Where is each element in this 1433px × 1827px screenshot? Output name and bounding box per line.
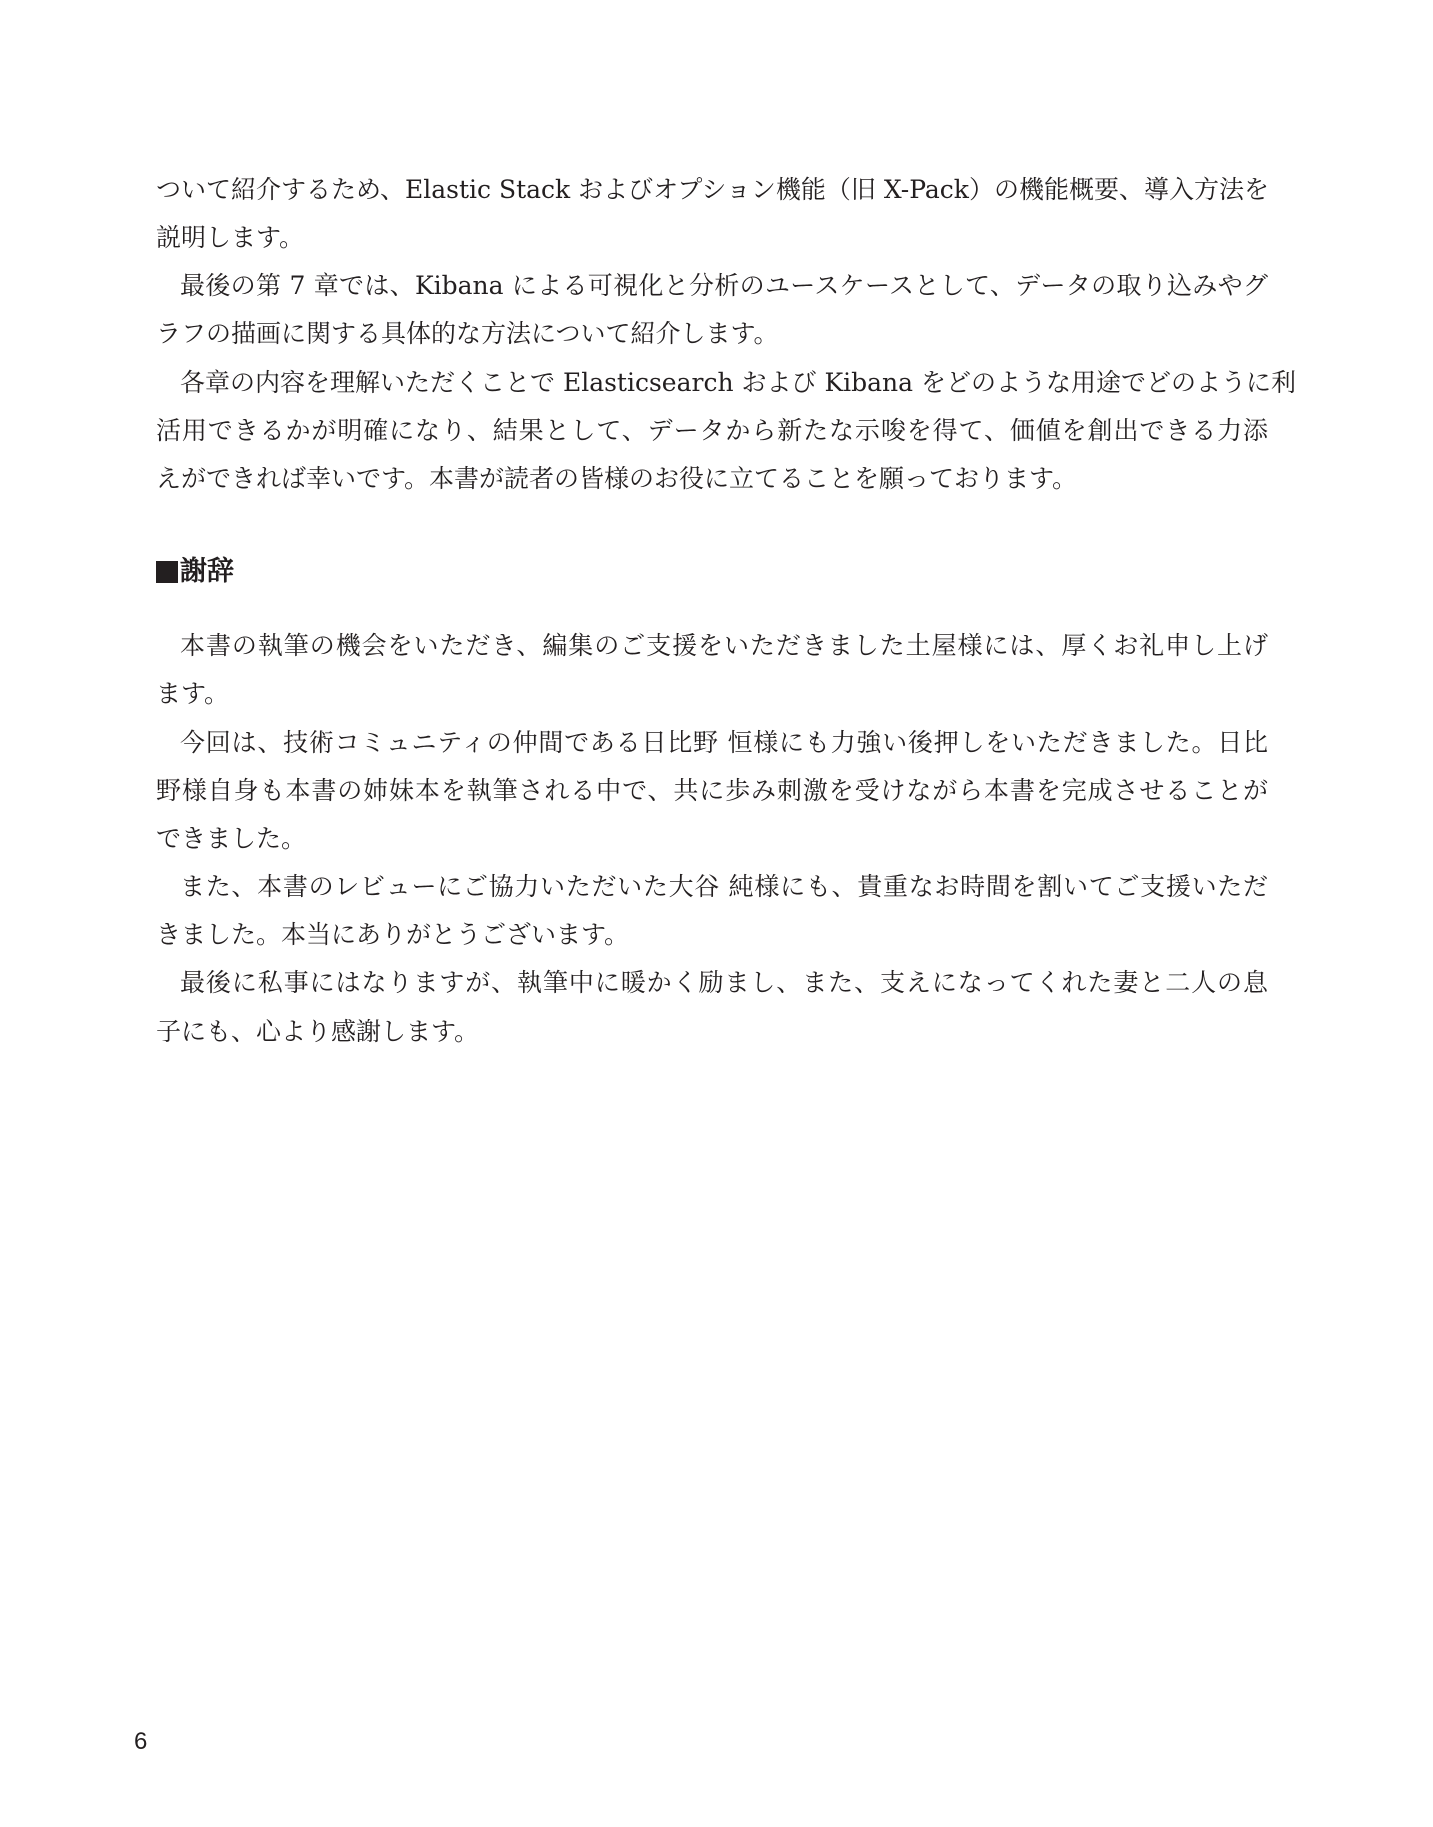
- ack-line-5: できました。: [156, 819, 1268, 859]
- ack-line-1: 本書の執筆の機会をいただき、編集のご支援をいただきました土屋様には、厚くお礼申し…: [156, 626, 1268, 666]
- ack-line-9: 子にも、心より感謝します。: [156, 1012, 1268, 1052]
- ack-line-3: 今回は、技術コミュニティの仲間である日比野 恒様にも力強い後押しをいただきました…: [156, 723, 1268, 763]
- intro-line-5: 各章の内容を理解いただくことで Elasticsearch および Kibana…: [156, 363, 1268, 403]
- intro-line-4: ラフの描画に関する具体的な方法について紹介します。: [156, 314, 1268, 354]
- square-bullet-icon: [156, 561, 178, 583]
- ack-line-8: 最後に私事にはなりますが、執筆中に暖かく励まし、また、支えになってくれた妻と二人…: [156, 963, 1268, 1003]
- book-page: ついて紹介するため、Elastic Stack およびオプション機能（旧 X-P…: [0, 0, 1433, 1827]
- intro-line-6: 活用できるかが明確になり、結果として、データから新たな示唆を得て、価値を創出でき…: [156, 411, 1268, 451]
- page-number: 6: [134, 1728, 147, 1756]
- section-heading-acknowledgments: 謝辞: [156, 552, 234, 592]
- heading-text: 謝辞: [180, 552, 234, 592]
- intro-line-1: ついて紹介するため、Elastic Stack およびオプション機能（旧 X-P…: [156, 170, 1268, 210]
- intro-line-3: 最後の第 7 章では、Kibana による可視化と分析のユースケースとして、デー…: [156, 266, 1268, 306]
- ack-line-6: また、本書のレビューにご協力いただいた大谷 純様にも、貴重なお時間を割いてご支援…: [156, 867, 1268, 907]
- ack-line-4: 野様自身も本書の姉妹本を執筆される中で、共に歩み刺激を受けながら本書を完成させる…: [156, 771, 1268, 811]
- intro-line-7: えができれば幸いです。本書が読者の皆様のお役に立てることを願っております。: [156, 459, 1268, 499]
- intro-line-2: 説明します。: [156, 218, 1268, 258]
- ack-line-2: ます。: [156, 674, 1268, 714]
- ack-line-7: きました。本当にありがとうございます。: [156, 915, 1268, 955]
